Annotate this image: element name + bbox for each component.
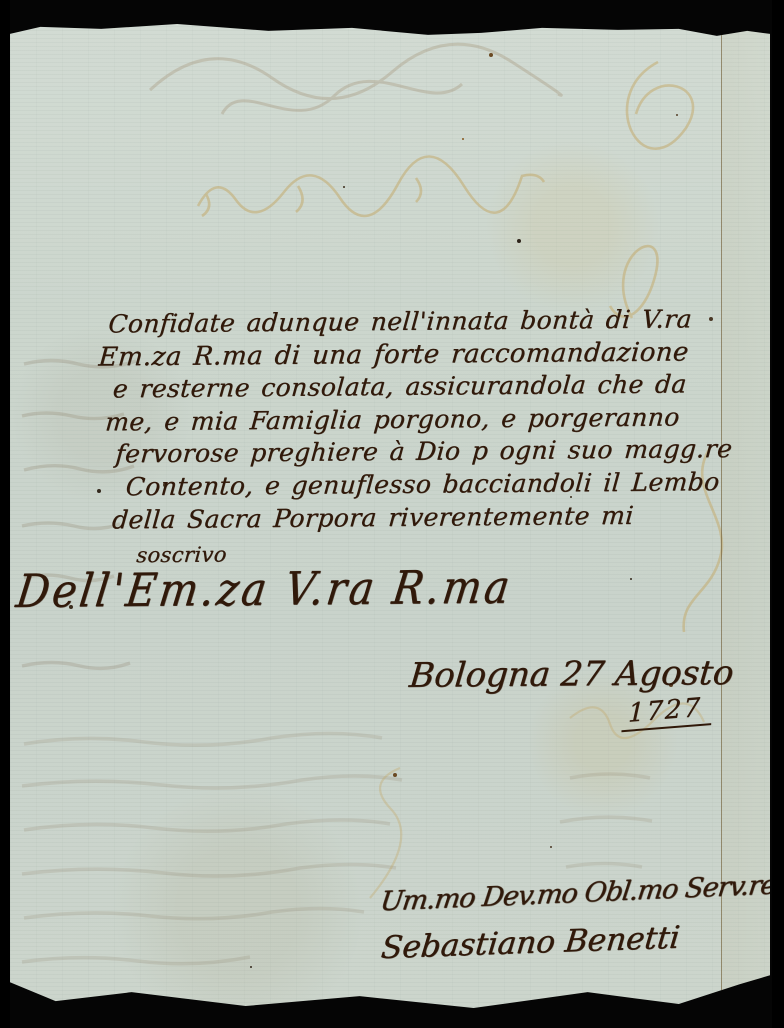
scan-frame: Confidate adunque nell'innata bontà di V… [0, 0, 784, 1028]
signature-formula: Um.mo Dev.mo Obl.mo Serv.re [378, 870, 764, 918]
letter-line: Contento, e genuflesso bacciandoli il Le… [98, 466, 761, 504]
letter-line: e resterne consolata, assicurandola che … [98, 368, 761, 406]
letter-page: Confidate adunque nell'innata bontà di V… [10, 18, 770, 1010]
signature-name: Sebastiano Benetti [379, 917, 764, 966]
letter-body: Confidate adunque nell'innata bontà di V… [98, 303, 760, 572]
letter-line: Confidate adunque nell'innata bontà di V… [97, 303, 760, 341]
letter-text: Confidate adunque nell'innata bontà di V… [6, 15, 775, 1014]
letter-line: della Sacra Porpora riverentemente mi [99, 498, 762, 536]
valediction: Dell'Em.za V.ra R.ma [13, 560, 515, 618]
dateline-place-date: Bologna 27 Agosto [407, 653, 761, 696]
signature-block: Um.mo Dev.mo Obl.mo Serv.re Sebastiano B… [381, 877, 762, 961]
dateline: Bologna 27 Agosto 1727 [409, 653, 760, 731]
dateline-year: 1727 [621, 692, 712, 732]
ink-specks [10, 18, 12, 20]
